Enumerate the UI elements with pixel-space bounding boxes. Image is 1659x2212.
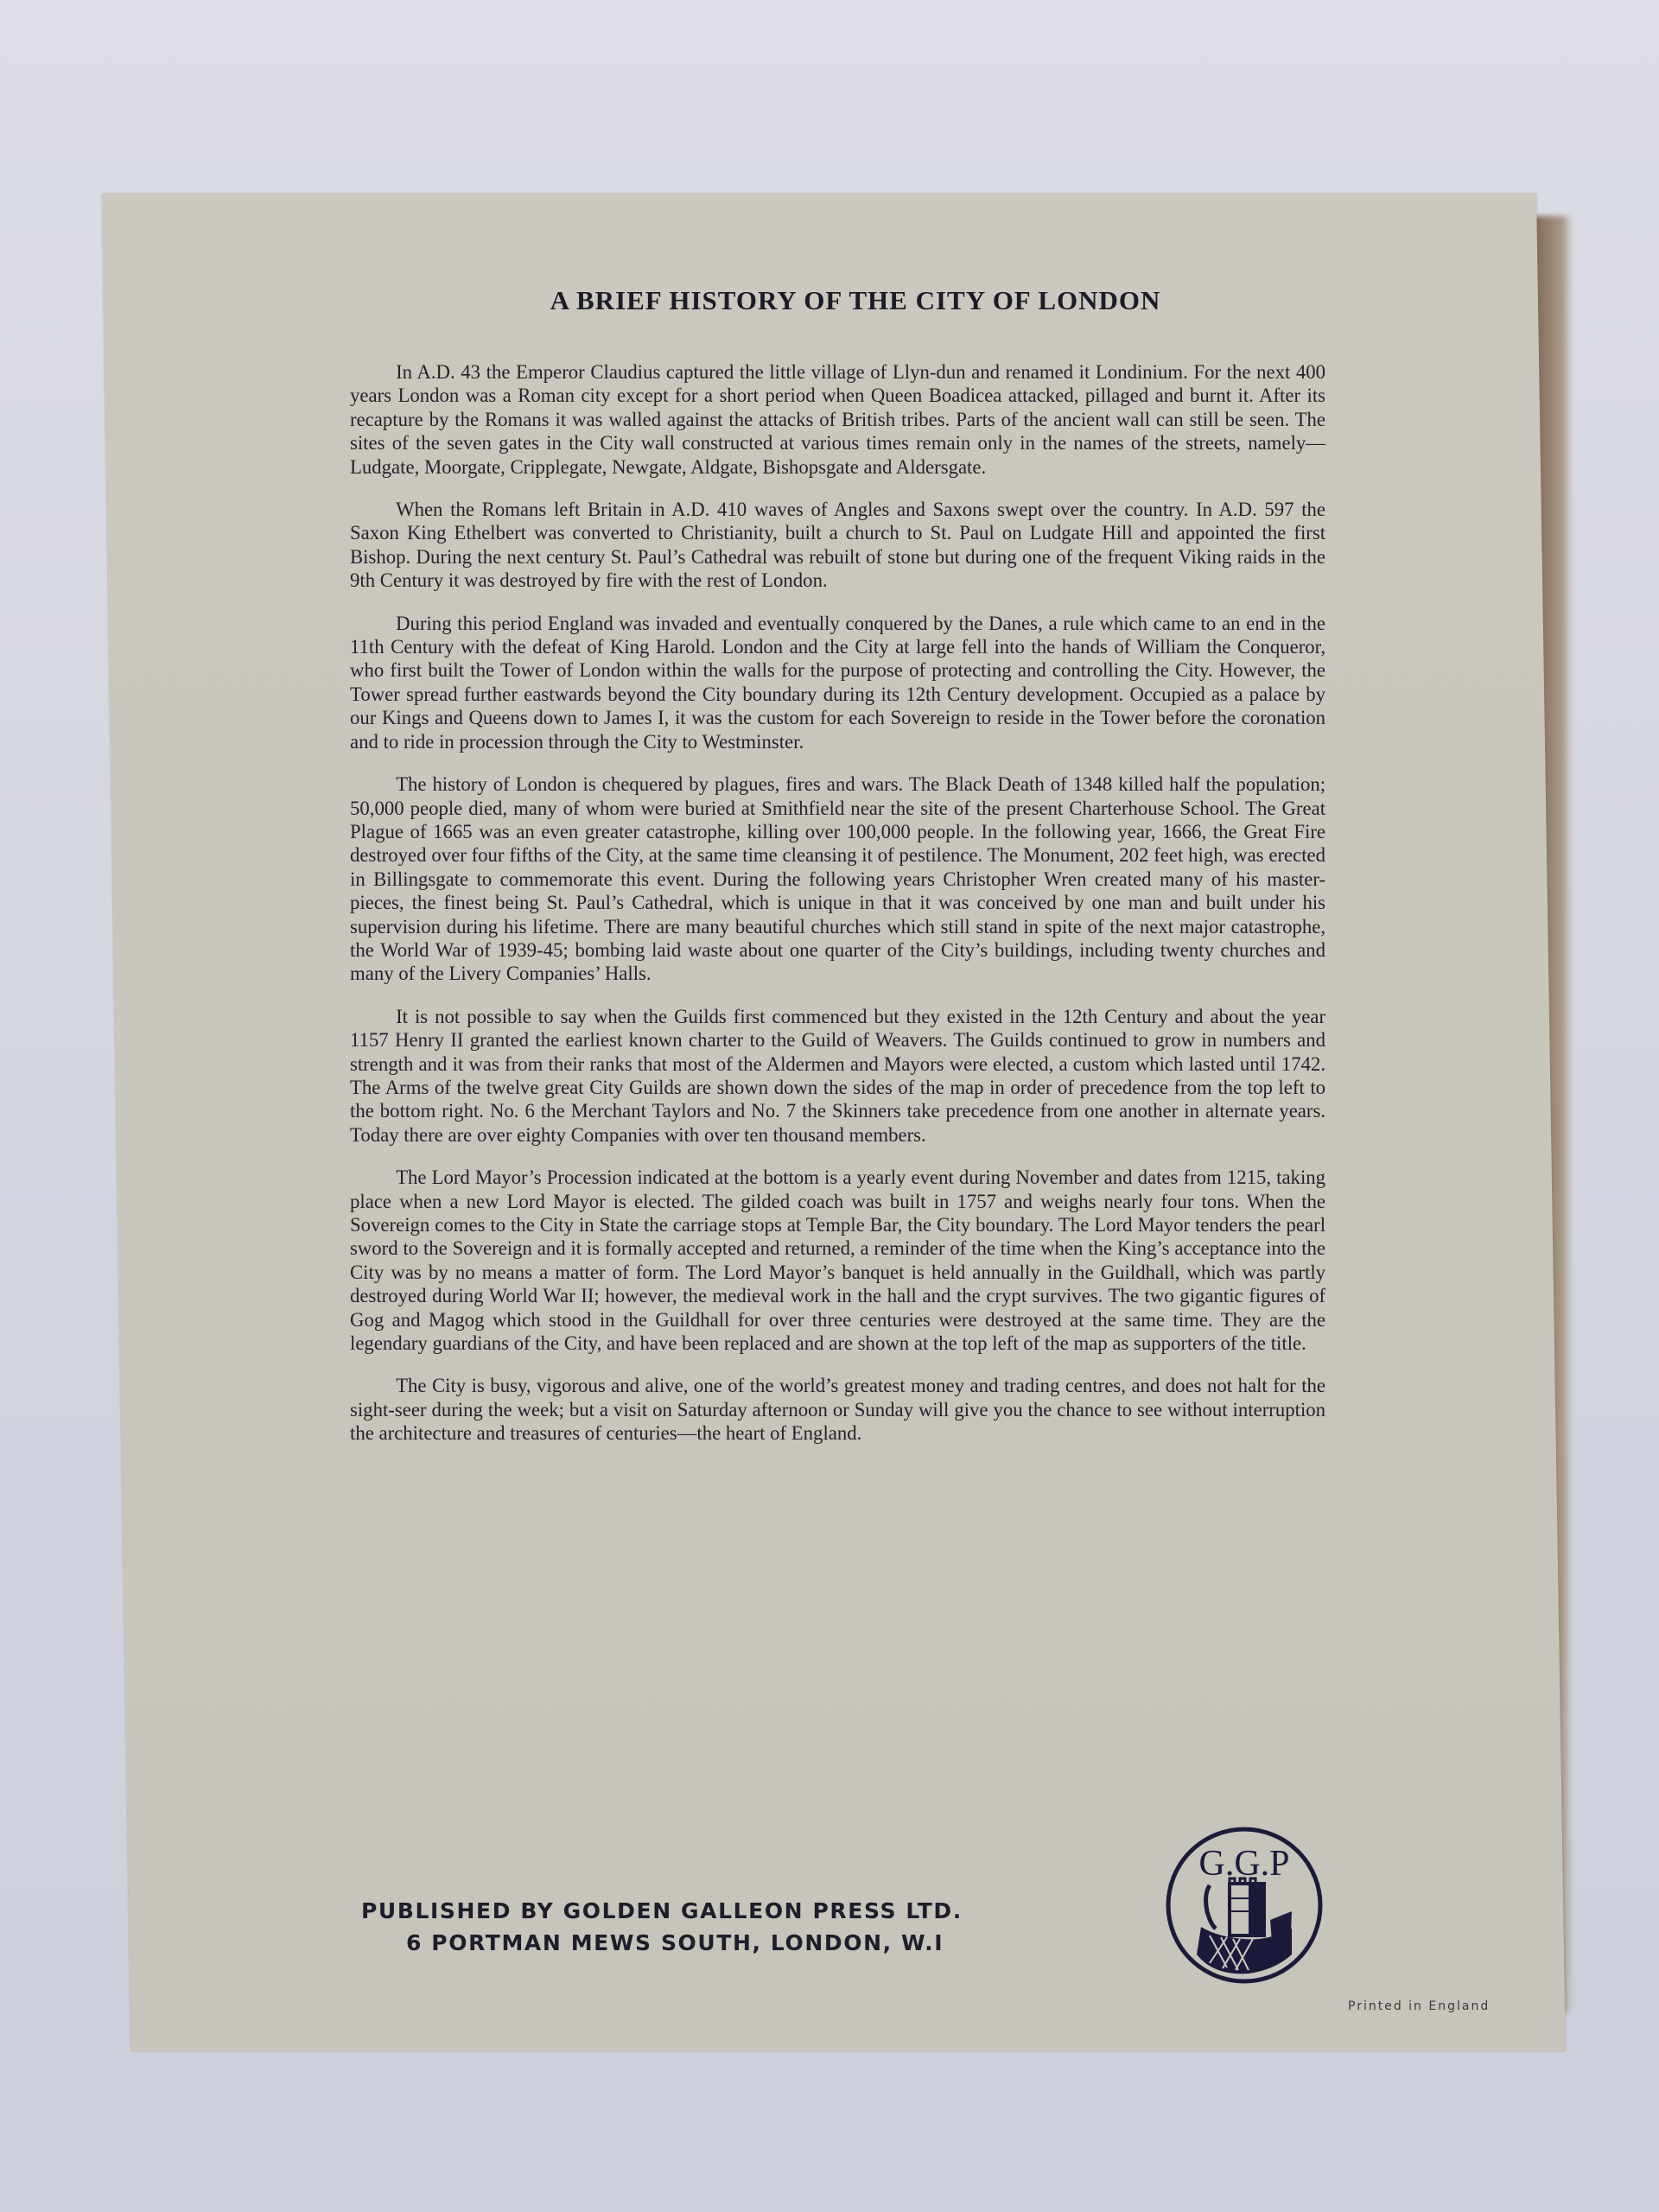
paragraph-lord-mayor: The Lord Mayor’s Procession indicated at… xyxy=(350,1166,1325,1356)
publisher-name: PUBLISHED BY GOLDEN GALLEON PRESS LTD. xyxy=(361,1898,963,1923)
publisher-imprint: PUBLISHED BY GOLDEN GALLEON PRESS LTD. 6… xyxy=(361,1895,963,1959)
ggp-galleon-logo-icon: G.G.P xyxy=(1162,1825,1326,1986)
publisher-address: 6 PORTMAN MEWS SOUTH, LONDON, W.I xyxy=(361,1927,963,1959)
document-body: A BRIEF HISTORY OF THE CITY OF LONDON In… xyxy=(350,285,1326,1465)
paragraph-roman-london: In A.D. 43 the Emperor Claudius captured… xyxy=(350,361,1325,480)
paragraph-saxon-london: When the Romans left Britain in A.D. 410… xyxy=(350,499,1325,594)
paragraph-norman-conquest: During this period England was invaded a… xyxy=(350,613,1325,754)
document-title: A BRIEF HISTORY OF THE CITY OF LONDON xyxy=(350,285,1326,316)
paragraph-city-today: The City is busy, vigorous and alive, on… xyxy=(350,1375,1325,1446)
paragraph-plagues-fires-wars: The history of London is chequered by pl… xyxy=(350,773,1325,987)
printed-in-england-note: Printed in England xyxy=(1348,1999,1490,2013)
paragraph-guilds: It is not possible to say when the Guild… xyxy=(350,1006,1325,1147)
